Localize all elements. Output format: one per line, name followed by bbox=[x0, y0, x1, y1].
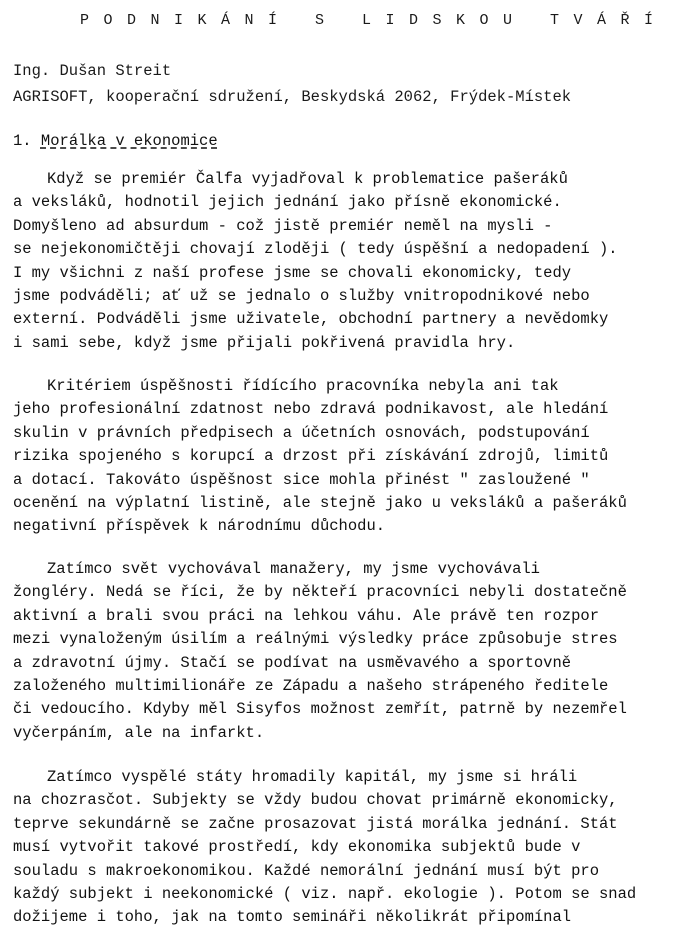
text-line: skulin v právních předpisech a účetních … bbox=[13, 422, 683, 445]
text-line: Zatímco vyspělé státy hromadily kapitál,… bbox=[13, 766, 683, 789]
section-title: Morálka v ekonomice bbox=[41, 132, 218, 150]
text-line: dožijeme i toho, jak na tomto semináři n… bbox=[13, 906, 683, 929]
author-name: Ing. Dušan Streit bbox=[13, 62, 171, 80]
paragraph: Když se premiér Čalfa vyjadřoval k probl… bbox=[13, 168, 683, 355]
text-line: a dotací. Takováto úspěšnost sice mohla … bbox=[13, 469, 683, 492]
text-line: Zatímco svět vychovával manažery, my jsm… bbox=[13, 558, 683, 581]
author-affiliation: AGRISOFT, kooperační sdružení, Beskydská… bbox=[13, 88, 571, 106]
text-line: Kritériem úspěšnosti řídícího pracovníka… bbox=[13, 375, 683, 398]
text-line: negativní příspěvek k národnímu důchodu. bbox=[13, 515, 683, 538]
text-line: a veksláků, hodnotil jejich jednání jako… bbox=[13, 191, 683, 214]
text-line: na chozrasčot. Subjekty se vždy budou ch… bbox=[13, 789, 683, 812]
text-line: rizika spojeného s korupcí a drzost při … bbox=[13, 445, 683, 468]
text-line: teprve sekundárně se začne prosazovat ji… bbox=[13, 813, 683, 836]
text-line: se nejekonomičtěji chovají zloději ( ted… bbox=[13, 238, 683, 261]
section-heading: 1. Morálka v ekonomice bbox=[13, 132, 218, 150]
paragraph: Zatímco vyspělé státy hromadily kapitál,… bbox=[13, 766, 683, 930]
paragraph: Zatímco svět vychovával manažery, my jsm… bbox=[13, 558, 683, 745]
text-line: souladu s makroekonomikou. Každé nemorál… bbox=[13, 860, 683, 883]
document-title: PODNIKÁNÍ S LIDSKOU TVÁŘÍ bbox=[80, 12, 668, 29]
text-line: mezi vynaloženým úsilím a reálnými výsle… bbox=[13, 628, 683, 651]
text-line: i sami sebe, když jsme přijali pokřivená… bbox=[13, 332, 683, 355]
paragraph: Kritériem úspěšnosti řídícího pracovníka… bbox=[13, 375, 683, 539]
document-page: PODNIKÁNÍ S LIDSKOU TVÁŘÍ Ing. Dušan Str… bbox=[0, 0, 684, 944]
section-number: 1. bbox=[13, 132, 32, 150]
text-line: a zdravotní újmy. Stačí se podívat na us… bbox=[13, 652, 683, 675]
text-line: externí. Podváděli jsme uživatele, obcho… bbox=[13, 308, 683, 331]
text-line: založeného multimilionáře ze Západu a na… bbox=[13, 675, 683, 698]
text-line: vyčerpáním, ale na infarkt. bbox=[13, 722, 683, 745]
text-line: Domyšleno ad absurdum - což jistě premié… bbox=[13, 215, 683, 238]
text-line: či vedoucího. Kdyby měl Sisyfos možnost … bbox=[13, 698, 683, 721]
text-line: I my všichni z naší profese jsme se chov… bbox=[13, 262, 683, 285]
text-line: jeho profesionální zdatnost nebo zdravá … bbox=[13, 398, 683, 421]
text-line: musí vytvořit takové prostředí, kdy ekon… bbox=[13, 836, 683, 859]
text-line: Když se premiér Čalfa vyjadřoval k probl… bbox=[13, 168, 683, 191]
text-line: každý subjekt i neekonomické ( viz. např… bbox=[13, 883, 683, 906]
text-line: ocenění na výplatní listině, ale stejně … bbox=[13, 492, 683, 515]
text-line: jsme podváděli; ať už se jednalo o služb… bbox=[13, 285, 683, 308]
text-line: aktivní a brali svou práci na lehkou váh… bbox=[13, 605, 683, 628]
text-line: žongléry. Nedá se říci, že by někteří pr… bbox=[13, 581, 683, 604]
